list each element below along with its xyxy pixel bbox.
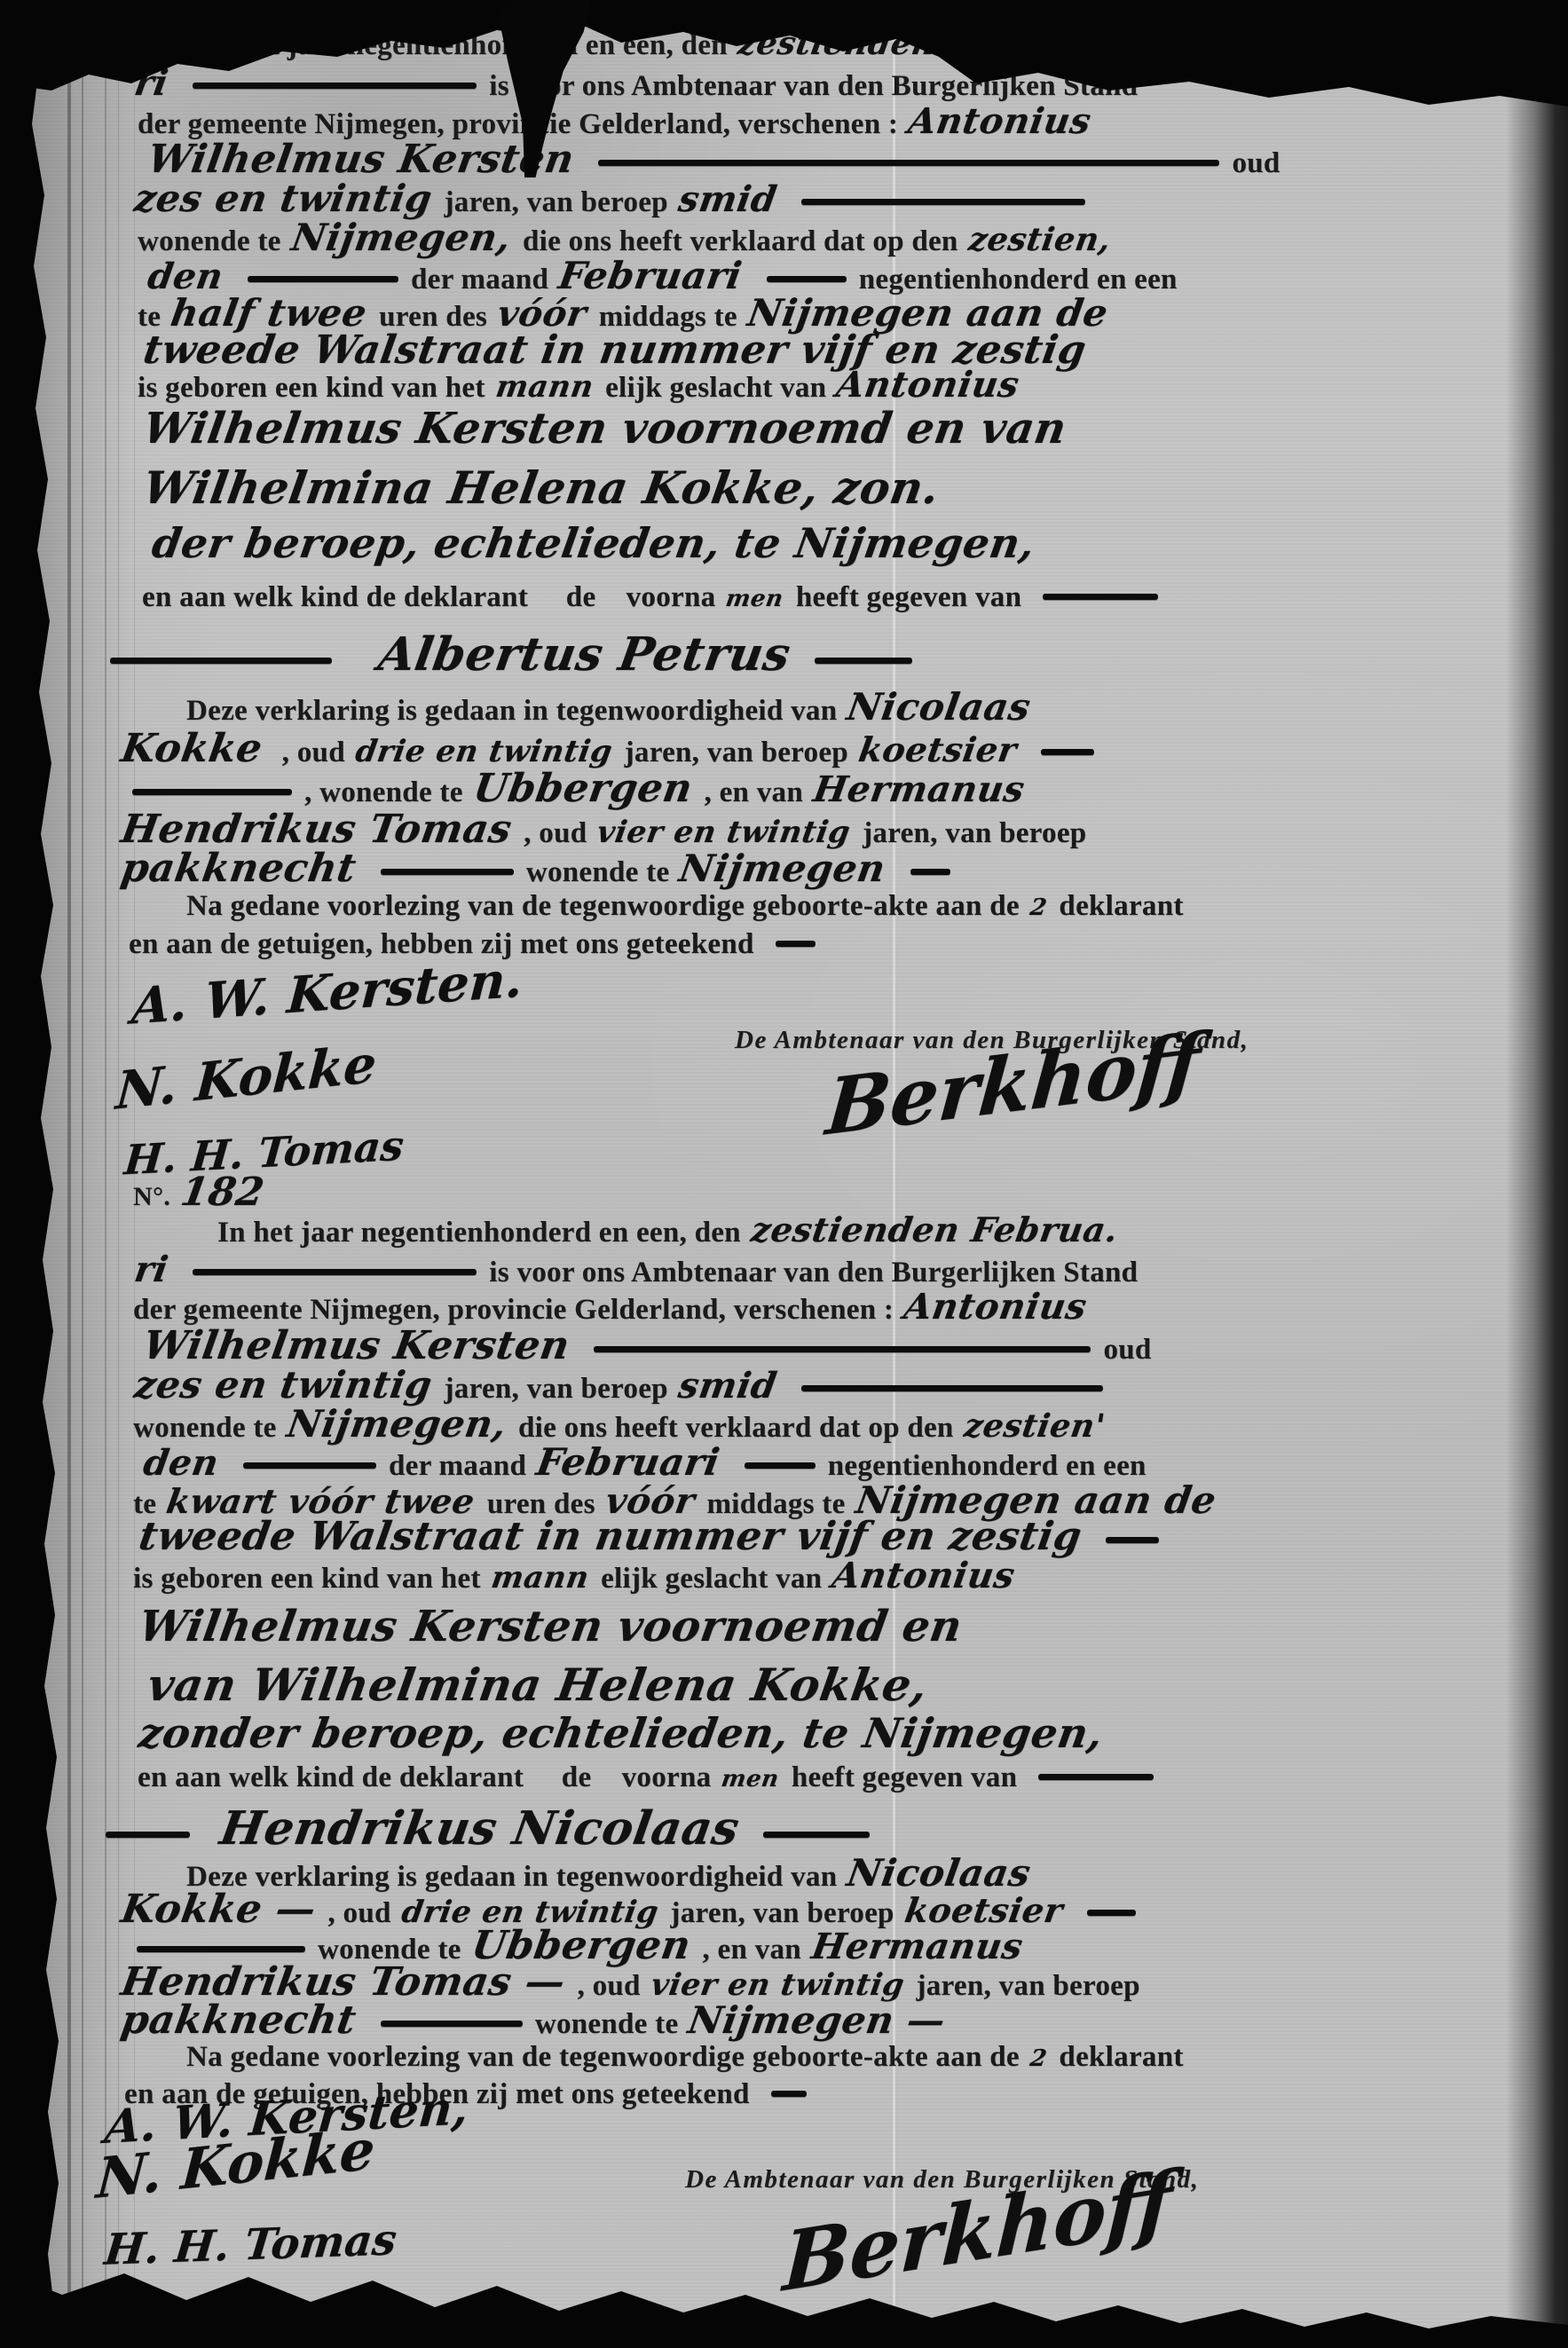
- printed-text: , en van: [702, 1934, 801, 1966]
- handwritten-text: Albertus Petrus: [342, 626, 794, 683]
- filler-line: [1041, 749, 1094, 755]
- handwritten-text: smid: [675, 180, 779, 219]
- handwritten-text: 2: [1028, 2040, 1050, 2077]
- record-line: Hendrikus Nicolaas: [93, 1801, 1446, 1856]
- handwritten-text: Februari: [556, 256, 745, 295]
- filler-line: [137, 1946, 305, 1952]
- handwritten-text: Kokke —: [119, 1890, 319, 1929]
- handwritten-text: Hermanus: [810, 768, 1028, 810]
- binding-line: [67, 0, 71, 2348]
- handwritten-text: Ubbergen: [469, 1929, 693, 1963]
- handwritten-text: zestien': [961, 1406, 1107, 1446]
- record-line: Wilhelmus Kerstenoud: [142, 1326, 1446, 1366]
- printed-text: , oud: [524, 817, 587, 849]
- printed-text: wonende te: [133, 1412, 277, 1444]
- handwritten-text: den: [146, 257, 226, 295]
- record-line: Hendrikus Tomas, oudvier en twintigjaren…: [120, 809, 1446, 849]
- printed-text: en aan welk kind de deklarant de voorna: [142, 581, 715, 613]
- record-line: Na gedane voorlezing van de tegenwoordig…: [186, 2038, 1446, 2076]
- filler-line: [594, 1346, 1091, 1352]
- filler-line: [248, 276, 398, 282]
- handwritten-text: den: [141, 1445, 222, 1482]
- printed-text: wonende te: [138, 225, 281, 257]
- record-line: der beroep, echtelieden, te Nijmegen,: [151, 518, 1446, 569]
- filler-line: [745, 1462, 816, 1469]
- handwritten-text: Ubbergen: [470, 768, 695, 809]
- handwritten-text: mann: [488, 1556, 592, 1599]
- record-line: pakknechtwonende teNijmegen —: [120, 2002, 1446, 2038]
- record-line: der gemeente Nijmegen, provincie Gelderl…: [138, 102, 1446, 140]
- printed-text: heeft gegeven van: [792, 1761, 1017, 1793]
- handwritten-text: pakknecht: [119, 2002, 359, 2038]
- printed-text: der gemeente Nijmegen, provincie Gelderl…: [133, 1294, 894, 1326]
- filler-line: [243, 1462, 376, 1469]
- handwritten-text: Hendrikus Tomas —: [119, 1963, 568, 2002]
- record-line: Wilhelmus Kerstenoud: [146, 140, 1446, 179]
- printed-text: deklarant: [1059, 890, 1183, 922]
- filler-line: [801, 199, 1085, 205]
- handwritten-text: men: [718, 1756, 783, 1803]
- handwritten-text: koetsier: [902, 1891, 1065, 1930]
- handwritten-text: Antonius: [835, 369, 1022, 400]
- record-line: In het jaar negentienhonderd en een, den…: [217, 1209, 1446, 1250]
- record-line: Hendrikus Tomas —, oudvier en twintigjar…: [120, 1963, 1446, 2002]
- printed-text: negentienhonderd en een: [828, 1450, 1146, 1482]
- handwritten-text: ri: [132, 1250, 171, 1288]
- handwritten-text: Nicolaas: [844, 683, 1034, 730]
- filler-line: [801, 1385, 1103, 1391]
- handwritten-text: men: [721, 571, 788, 627]
- record-line: Wilhelmus Kersten voornoemd en: [138, 1597, 1446, 1657]
- handwritten-text: Nijmegen: [677, 849, 888, 887]
- handwritten-text: Wilhelmina Helena Kokke, zon.: [139, 458, 944, 518]
- printed-text: jaren, van beroep: [863, 817, 1086, 849]
- record-line: dender maandFebruarinegentienhonderd en …: [146, 256, 1446, 295]
- handwritten-text: zonder beroep, echtelieden, te Nijmegen,: [136, 1713, 1106, 1754]
- record-line: dender maandFebruarinegentienhonderd en …: [142, 1444, 1446, 1481]
- record-line: der gemeente Nijmegen, provincie Gelderl…: [133, 1288, 1446, 1326]
- printed-text: is voor ons Ambtenaar van den Burgerlijk…: [489, 1257, 1138, 1288]
- handwritten-text: Wilhelmus Kersten voornoemd en van: [139, 400, 1071, 458]
- printed-text: wonende te: [526, 856, 670, 888]
- handwritten-text: drie en twintig: [353, 733, 615, 770]
- record-line: zonder beroep, echtelieden, te Nijmegen,: [138, 1713, 1446, 1754]
- printed-text: , wonende te: [304, 776, 463, 808]
- handwritten-text: pakknecht: [119, 849, 359, 887]
- record-line: en aan de getuigen, hebben zij met ons g…: [129, 925, 1446, 965]
- printed-text: Deze verklaring is gedaan in tegenwoordi…: [186, 695, 837, 727]
- record-line: Na gedane voorlezing van de tegenwoordig…: [186, 887, 1446, 925]
- record-line: zes en twintigjaren, van beroepsmid: [133, 1366, 1446, 1404]
- handwritten-text: Hendrikus Tomas: [118, 809, 514, 849]
- record-line: zes en twintigjaren, van beroepsmid: [133, 179, 1446, 218]
- birth-record-act-181: In het jaar negentienhonderd en een, den…: [133, 23, 1446, 965]
- printed-text: jaren, van beroep: [916, 1970, 1139, 2002]
- printed-text: , oud: [274, 737, 345, 768]
- printed-text: wonende te: [535, 2008, 679, 2040]
- filler-line: [776, 941, 816, 947]
- printed-text: jaren, van beroep: [670, 1897, 894, 1929]
- record-line: Wilhelmina Helena Kokke, zon.: [142, 458, 1446, 518]
- filler-line: [763, 1832, 870, 1838]
- printed-text: , oud: [327, 1897, 390, 1929]
- handwritten-text: Antonius: [906, 102, 1094, 140]
- printed-text: der maand: [411, 264, 548, 295]
- handwritten-text: Wilhelmus Kersten: [140, 1326, 572, 1366]
- binding-line: [105, 0, 106, 2348]
- filler-line: [381, 869, 514, 875]
- handwritten-text: zes en twintig: [132, 1366, 435, 1404]
- birth-record-act-182: In het jaar negentienhonderd en een, den…: [133, 1209, 1446, 2113]
- handwritten-text: Nijmegen aan de: [745, 295, 1111, 332]
- printed-text: is geboren een kind van het: [138, 372, 485, 404]
- act-number-value: 182: [177, 1170, 267, 1215]
- filler-line: [381, 2021, 523, 2027]
- filler-line: [771, 2091, 807, 2097]
- printed-text: die ons heeft verklaard dat op den: [523, 225, 958, 257]
- record-line: wonende teNijmegen,die ons heeft verklaa…: [138, 218, 1446, 256]
- printed-text: Na gedane voorlezing van de tegenwoordig…: [186, 2041, 1020, 2073]
- filler-line: [767, 276, 847, 282]
- filler-line: [1087, 1910, 1136, 1916]
- printed-text: jaren, van beroep: [445, 1373, 668, 1405]
- handwritten-text: Februari: [534, 1444, 722, 1481]
- record-line: wonende teNijmegen,die ons heeft verklaa…: [133, 1404, 1446, 1444]
- handwritten-text: zes en twintig: [132, 179, 435, 218]
- printed-text: en aan welk kind de deklarant de voorna: [138, 1761, 711, 1793]
- act-number-label: N°.: [133, 1182, 170, 1211]
- printed-text: deklarant: [1059, 2041, 1183, 2073]
- printed-text: jaren, van beroep: [445, 186, 668, 218]
- filler-line: [106, 1832, 190, 1838]
- record-line: Kokke —, ouddrie en twintigjaren, van be…: [120, 1890, 1446, 1929]
- record-line: tehalf tweeuren desvóórmiddags teNijmege…: [138, 295, 1446, 332]
- printed-text: der gemeente Nijmegen, provincie Gelderl…: [138, 108, 898, 140]
- record-line: riis voor ons Ambtenaar van den Burgerli…: [133, 1250, 1446, 1288]
- record-line: tweede Walstraat in nummer vijf en zesti…: [138, 1519, 1446, 1555]
- filler-line: [110, 658, 332, 664]
- printed-text: , oud: [577, 1970, 640, 2002]
- handwritten-text: Nijmegen,: [288, 218, 513, 256]
- printed-text: oud: [1103, 1334, 1151, 1366]
- handwritten-text: Hermanus: [809, 1930, 1025, 1964]
- printed-text: elijk geslacht van: [601, 1563, 822, 1595]
- handwritten-text: mann: [493, 372, 595, 403]
- record-line: en aan welk kind de deklarant de voornam…: [138, 1754, 1446, 1801]
- handwritten-text: smid: [675, 1367, 779, 1405]
- handwritten-text: half twee: [169, 295, 370, 332]
- record-line: is geboren een kind van hetmannelijk ges…: [133, 1555, 1446, 1597]
- scanned-register-page: In het jaar negentienhonderd en een, den…: [0, 0, 1568, 2348]
- handwritten-text: Antonius: [830, 1555, 1019, 1597]
- record-line: Deze verklaring is gedaan in tegenwoordi…: [186, 683, 1446, 730]
- filler-line: [1038, 1774, 1154, 1780]
- printed-text: oud: [1232, 147, 1280, 179]
- handwritten-text: Nijmegen —: [686, 2002, 948, 2038]
- filler-line: [132, 789, 292, 795]
- record-line: pakknechtwonende teNijmegen: [120, 849, 1446, 887]
- handwritten-text: Nicolaas: [845, 1856, 1033, 1890]
- filler-line: [1106, 1537, 1159, 1543]
- binding-line: [82, 0, 83, 2348]
- filler-line: [815, 658, 912, 664]
- filler-line: [193, 83, 477, 89]
- filler-line: [598, 160, 1219, 166]
- record-line: tweede Walstraat in nummer vijf en zesti…: [142, 332, 1446, 369]
- handwritten-text: Antonius: [902, 1288, 1090, 1326]
- handwritten-text: zestienden Februa.: [748, 1209, 1121, 1250]
- printed-text: heeft gegeven van: [796, 581, 1021, 613]
- act-number: N°.182: [133, 1170, 276, 1215]
- filler-line: [193, 1269, 477, 1275]
- record-line: wonende teUbbergen, en vanHermanus: [124, 1929, 1446, 1963]
- record-line: van Wilhelmina Helena Kokke,: [146, 1657, 1446, 1713]
- witness2-signature: H. H. Tomas: [102, 2215, 398, 2275]
- handwritten-text: tweede Walstraat in nummer vijf en zesti…: [137, 1519, 1084, 1555]
- printed-text: is geboren een kind van het: [133, 1563, 481, 1595]
- handwritten-text: koetsier: [856, 731, 1020, 768]
- record-line: Wilhelmus Kersten voornoemd en van: [142, 400, 1446, 458]
- handwritten-text: Wilhelmus Kersten voornoemd en: [135, 1597, 966, 1657]
- handwritten-text: zestien,: [965, 221, 1113, 259]
- handwritten-text: Hendrikus Nicolaas: [200, 1801, 743, 1856]
- filler-line: [910, 869, 950, 875]
- handwritten-text: van Wilhelmina Helena Kokke,: [144, 1657, 932, 1713]
- record-line: , wonende teUbbergen, en vanHermanus: [120, 768, 1446, 809]
- handwritten-text: Kokke: [119, 730, 265, 768]
- record-line: en aan welk kind de deklarant de voornam…: [142, 569, 1446, 626]
- filler-line: [1043, 594, 1158, 600]
- record-line: Albertus Petrus: [98, 626, 1446, 683]
- printed-text: die ons heeft verklaard dat op den: [518, 1412, 954, 1444]
- printed-text: jaren, van beroep: [625, 737, 848, 768]
- handwritten-text: Nijmegen,: [284, 1404, 509, 1444]
- handwritten-text: Wilhelmus Kersten: [146, 140, 577, 179]
- scan-edge-right: [1506, 0, 1568, 2348]
- handwritten-text: 2: [1028, 889, 1050, 926]
- printed-text: is voor ons Ambtenaar van den Burgerlijk…: [489, 70, 1138, 102]
- printed-text: der maand: [389, 1450, 526, 1482]
- handwritten-text: der beroep, echtelieden, te Nijmegen,: [148, 518, 1038, 569]
- printed-text: elijk geslacht van: [605, 372, 826, 404]
- printed-text: Na gedane voorlezing van de tegenwoordig…: [186, 890, 1020, 922]
- printed-text: , en van: [705, 776, 804, 808]
- record-line: Kokke , ouddrie en twintigjaren, van ber…: [120, 730, 1446, 768]
- record-line: is geboren een kind van hetmannelijk ges…: [138, 369, 1446, 400]
- printed-text: In het jaar negentienhonderd en een, den: [217, 1217, 741, 1249]
- record-line: Deze verklaring is gedaan in tegenwoordi…: [186, 1856, 1446, 1890]
